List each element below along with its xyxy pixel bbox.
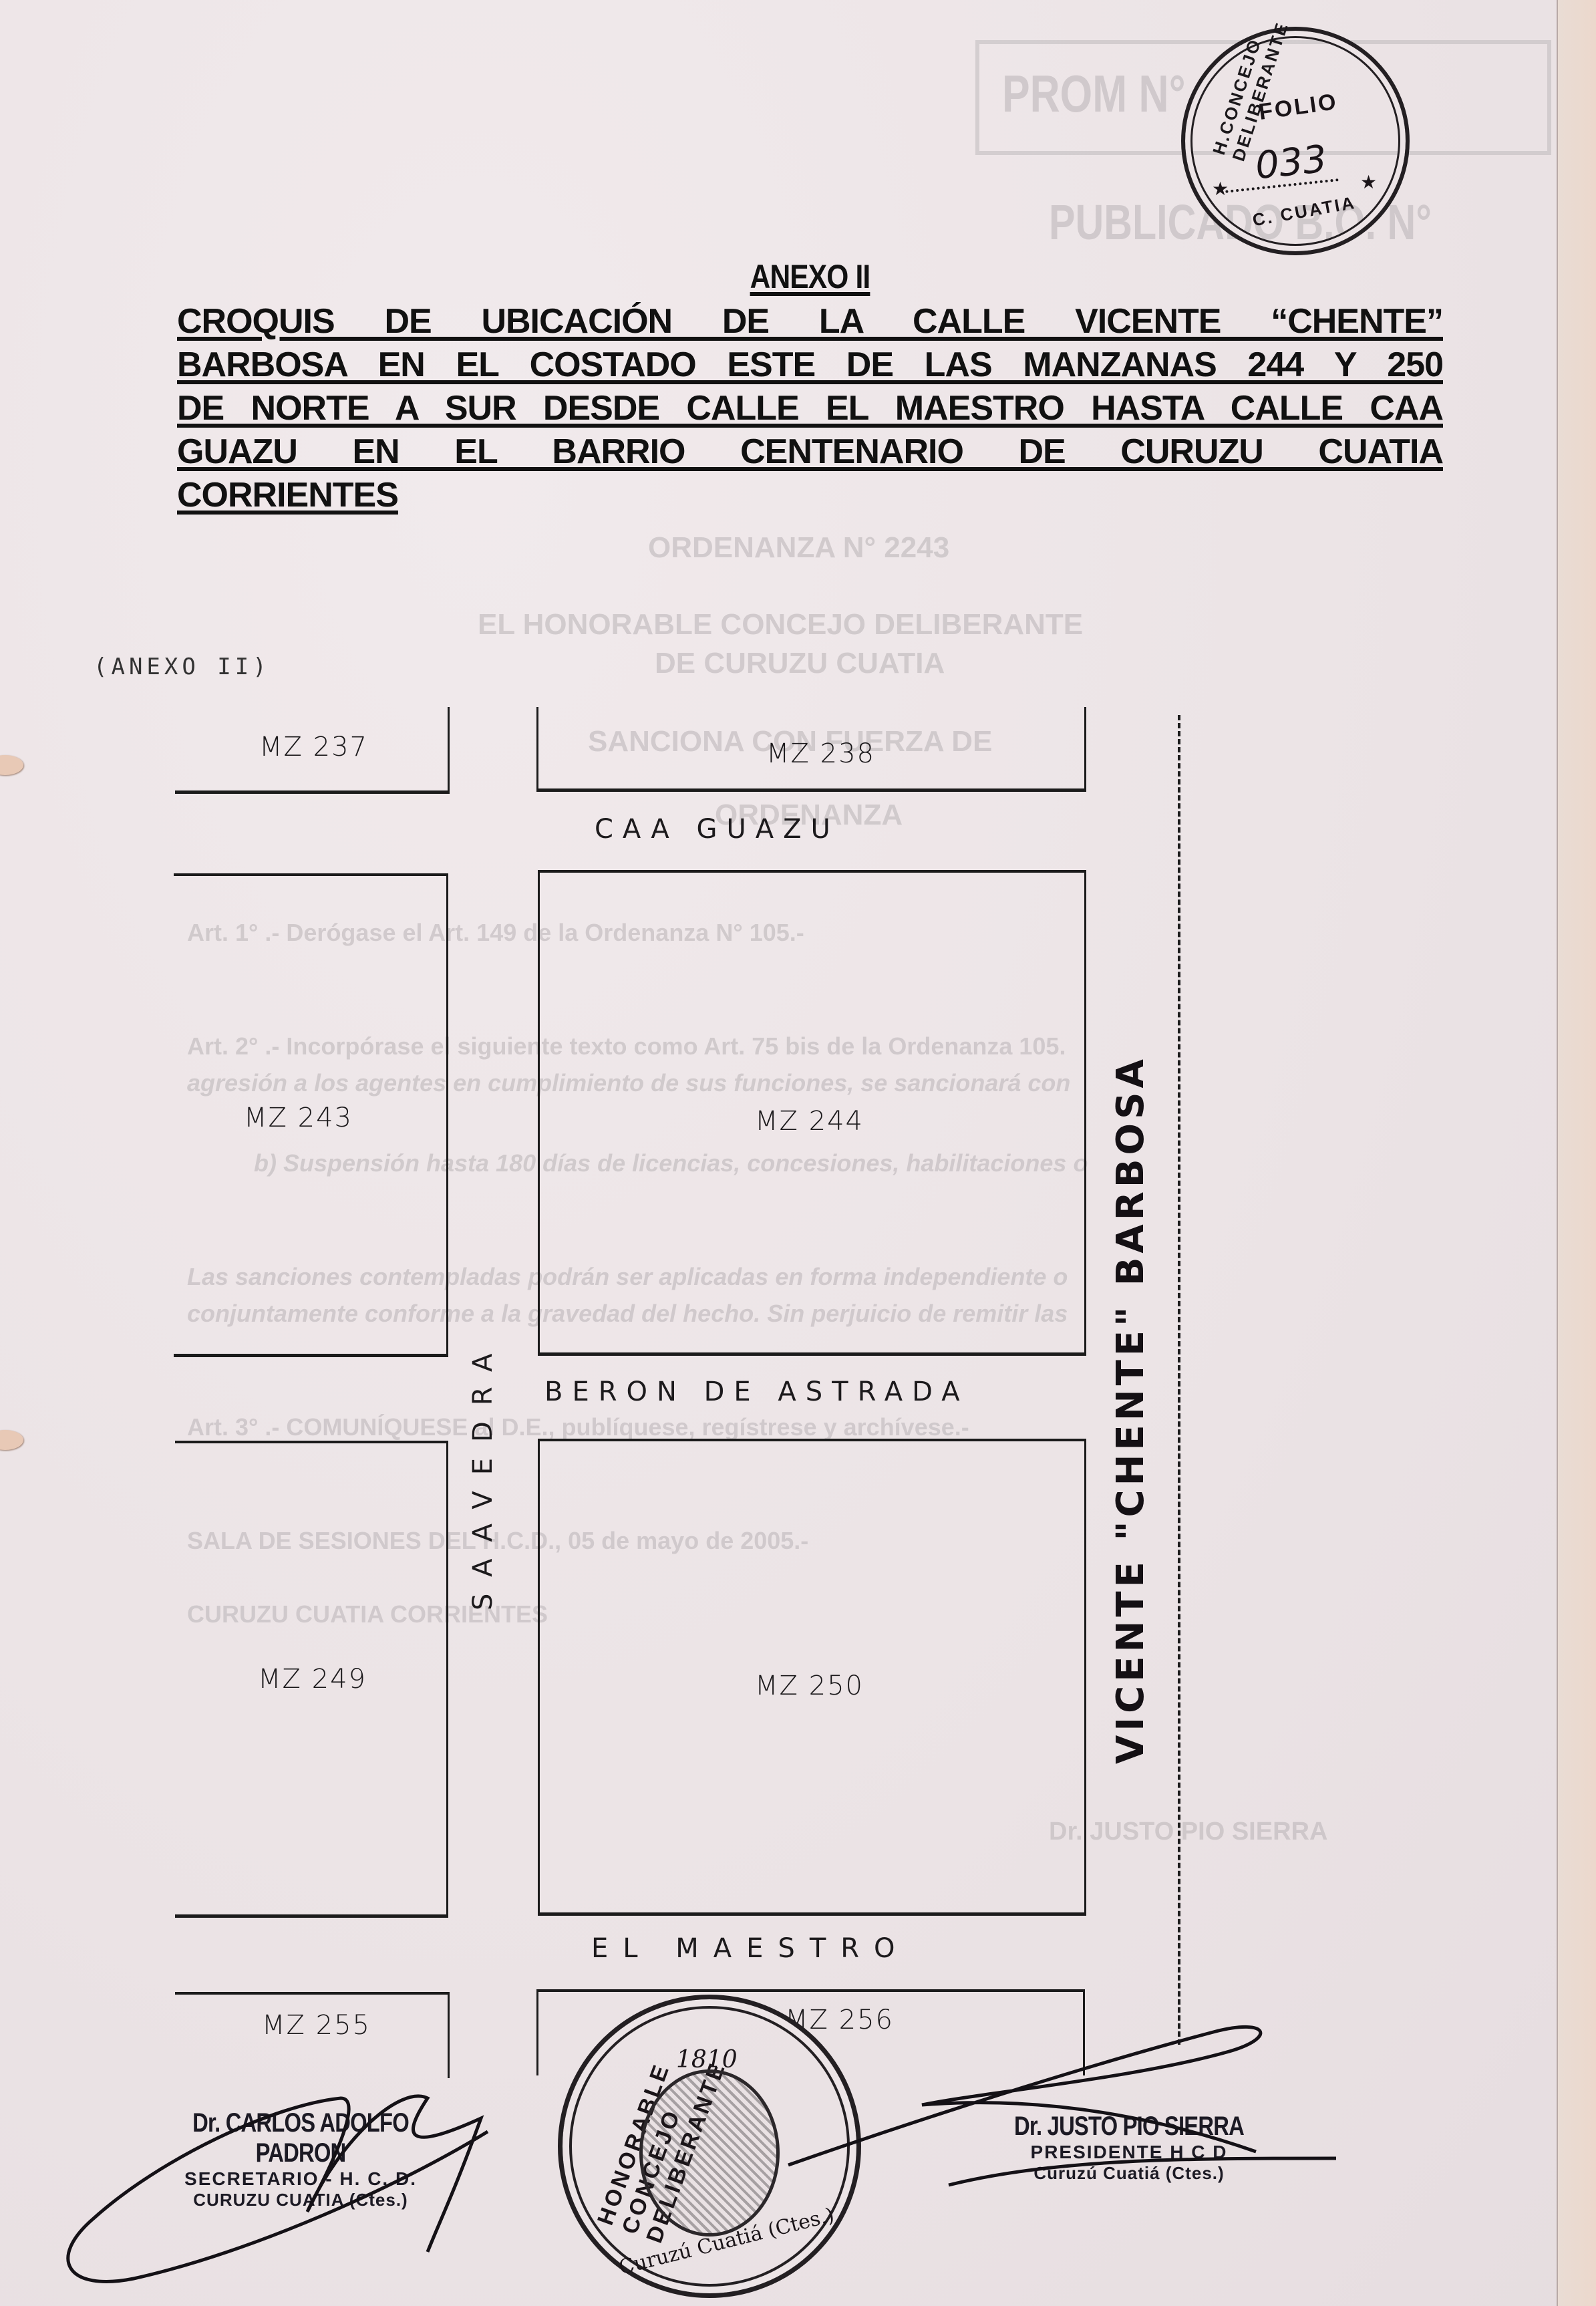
annex-reference-fragment: (ANEXO II) — [94, 654, 271, 680]
ghost-text: Dr. JUSTO PIO SIERRA — [1049, 1818, 1327, 1846]
punch-hole-top — [0, 755, 23, 775]
ghost-text: EL HONORABLE CONCEJO DELIBERANTE — [478, 608, 1083, 641]
block-label: MZ 238 — [766, 738, 875, 769]
block-label: MZ 250 — [755, 1671, 864, 1701]
block-label: MZ 249 — [258, 1664, 367, 1695]
scanned-page: PROM N° PUBLICADO B.O. N° ORDENANZA N° 2… — [0, 0, 1596, 2306]
folio-city: C. CUATIA — [1251, 192, 1358, 231]
folio-stamp-ring-text: H.CONCEJO DELIBERANTE — [1209, 0, 1309, 164]
ghost-text: DE CURUZU CUATIA — [655, 647, 945, 680]
street-label-vicente-chente-barbosa: VICENTE "CHENTE" BARBOSA — [1109, 1055, 1152, 1764]
page-edge — [1557, 0, 1596, 2306]
block-label: MZ 244 — [755, 1106, 864, 1137]
ghost-text: Art. 3° .- COMUNÍQUESE al D.E., publíque… — [187, 1413, 969, 1441]
block-label: MZ 255 — [262, 2010, 371, 2041]
ghost-text: ORDENANZA N° 2243 — [648, 531, 949, 565]
title-line: CROQUIS DE UBICACIÓN DE LA CALLE VICENTE… — [177, 300, 1443, 343]
title-line: GUAZU EN EL BARRIO CENTENARIO DE CURUZU … — [177, 430, 1443, 474]
title-line: BARBOSA EN EL COSTADO ESTE DE LAS MANZAN… — [177, 343, 1443, 387]
ghost-text: PROM N° — [1002, 63, 1186, 124]
document-title: ANEXO II CROQUIS DE UBICACIÓN DE LA CALL… — [177, 257, 1443, 517]
new-street-dashed-line — [1178, 715, 1180, 2045]
block-label: MZ 243 — [244, 1103, 353, 1133]
street-label-beron-de-astrada: BERON DE ASTRADA — [544, 1377, 969, 1407]
folio-stamp: H.CONCEJO DELIBERANTE FOLIO 033 ★ ★ C. C… — [1181, 27, 1410, 255]
star-icon: ★ — [1212, 178, 1229, 200]
punch-hole-bottom — [0, 1430, 23, 1450]
street-label-caa-guazu: CAA GUAZU — [595, 814, 840, 845]
street-label-el-maestro: EL MAESTRO — [591, 1933, 910, 1964]
title-line: DE NORTE A SUR DESDE CALLE EL MAESTRO HA… — [177, 387, 1443, 430]
signature-scribble-secretary — [53, 2058, 521, 2292]
signature-scribble-president — [788, 2005, 1390, 2205]
annex-label: ANEXO II — [272, 257, 1348, 296]
block-label: MZ 237 — [259, 732, 368, 762]
coat-of-arms-icon — [639, 2069, 780, 2237]
street-label-saavedra: SAAVEDRA — [468, 1338, 498, 1610]
title-line: CORRIENTES — [177, 474, 1443, 517]
star-icon: ★ — [1360, 171, 1377, 193]
